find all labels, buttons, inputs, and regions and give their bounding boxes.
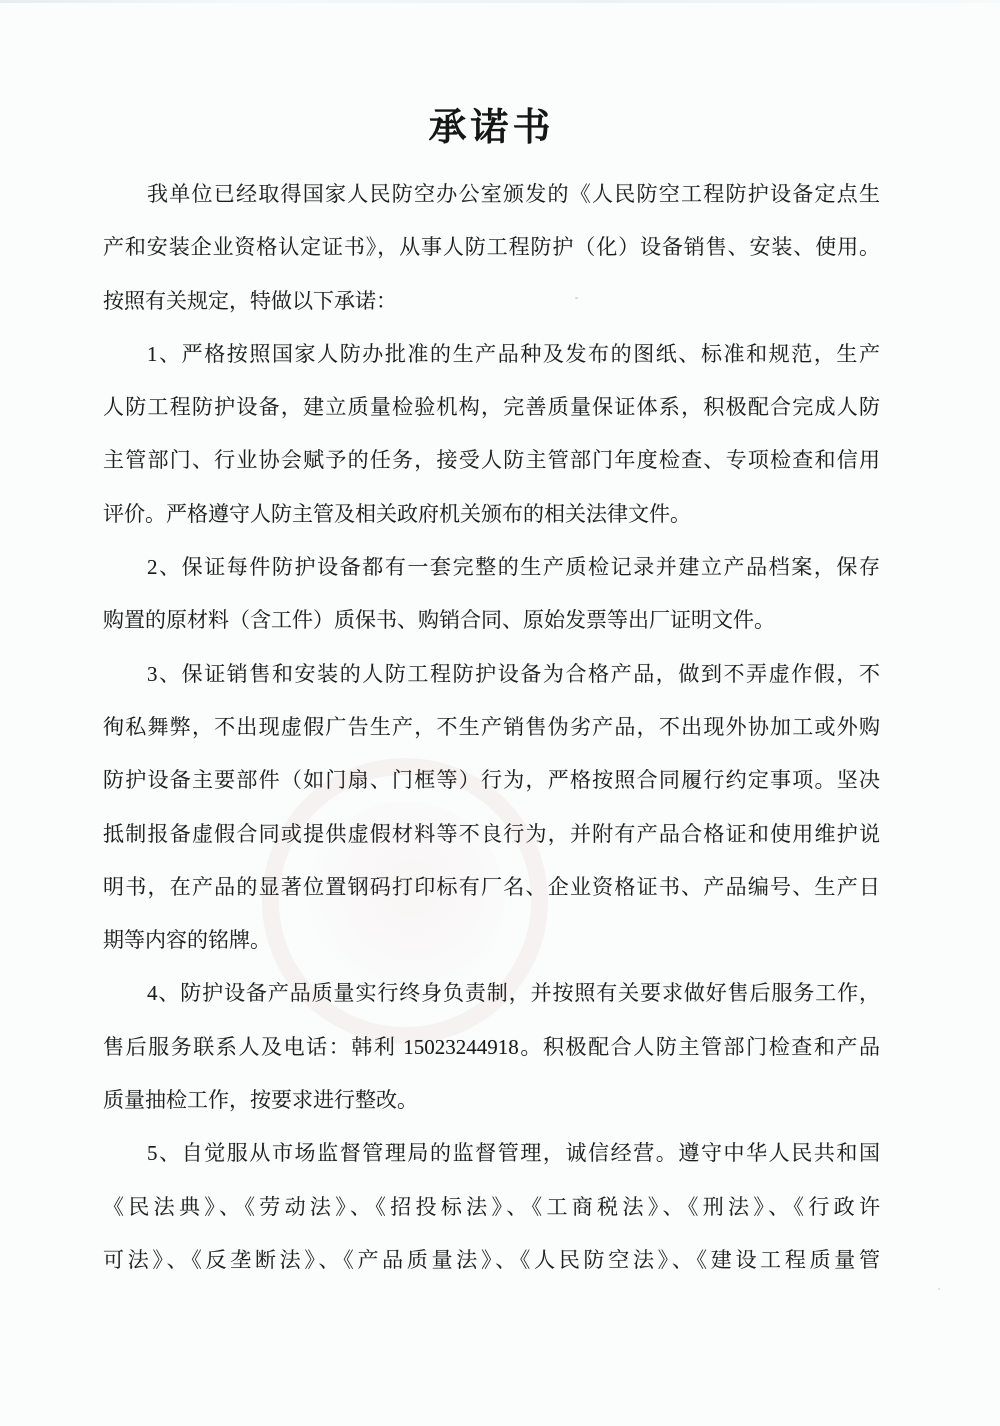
text-line: 期等内容的铭牌。 — [103, 914, 880, 967]
scan-speck — [938, 1288, 940, 1290]
text-line: 5、自觉服从市场监督管理局的监督管理，诚信经营。遵守中华人民共和国 — [103, 1127, 880, 1180]
text-line: 明书，在产品的显著位置钢码打印标有厂名、企业资格证书、产品编号、生产日 — [103, 861, 880, 914]
text-line: 徇私舞弊，不出现虚假广告生产，不生产销售伪劣产品，不出现外协加工或外购 — [103, 701, 880, 754]
text-line: 按照有关规定，特做以下承诺： — [103, 275, 880, 328]
text-line: 产和安装企业资格认定证书》，从事人防工程防护（化）设备销售、安装、使用。 — [103, 221, 880, 274]
text-line: 质量抽检工作，按要求进行整改。 — [103, 1074, 880, 1127]
text-line: 可法》、《反垄断法》、《产品质量法》、《人民防空法》、《建设工程质量管 — [103, 1234, 880, 1287]
text-line: 人防工程防护设备，建立质量检验机构，完善质量保证体系，积极配合完成人防 — [103, 381, 880, 434]
text-line: 1、严格按照国家人防办批准的生产品种及发布的图纸、标准和规范，生产 — [103, 328, 880, 381]
document-title: 承诺书 — [103, 102, 880, 154]
text-line: 抵制报备虚假合同或提供虚假材料等不良行为，并附有产品合格证和使用维护说 — [103, 808, 880, 861]
text-line: 评价。严格遵守人防主管及相关政府机关颁布的相关法律文件。 — [103, 488, 880, 541]
document-body: 我单位已经取得国家人民防空办公室颁发的《人民防空工程防护设备定点生 产和安装企业… — [103, 168, 880, 1287]
text-line: 3、保证销售和安装的人防工程防护设备为合格产品，做到不弄虚作假，不 — [103, 648, 880, 701]
text-line: 防护设备主要部件（如门扇、门框等）行为，严格按照合同履行约定事项。坚决 — [103, 754, 880, 807]
text-line: 购置的原材料（含工件）质保书、购销合同、原始发票等出厂证明文件。 — [103, 594, 880, 647]
text-line: 我单位已经取得国家人民防空办公室颁发的《人民防空工程防护设备定点生 — [103, 168, 880, 221]
document-content: 承诺书 我单位已经取得国家人民防空办公室颁发的《人民防空工程防护设备定点生 产和… — [103, 0, 880, 1287]
text-line: 4、防护设备产品质量实行终身负责制，并按照有关要求做好售后服务工作， — [103, 967, 880, 1020]
text-line: 售后服务联系人及电话：韩利 15023244918。积极配合人防主管部门检查和产… — [103, 1021, 880, 1074]
text-line: 《民法典》、《劳动法》、《招投标法》、《工商税法》、《刑法》、《行政许 — [103, 1181, 880, 1234]
text-line: 主管部门、行业协会赋予的任务，接受人防主管部门年度检查、专项检查和信用 — [103, 434, 880, 487]
text-line: 2、保证每件防护设备都有一套完整的生产质检记录并建立产品档案，保存 — [103, 541, 880, 594]
scanned-document-page: 承诺书 我单位已经取得国家人民防空办公室颁发的《人民防空工程防护设备定点生 产和… — [0, 0, 1000, 1426]
